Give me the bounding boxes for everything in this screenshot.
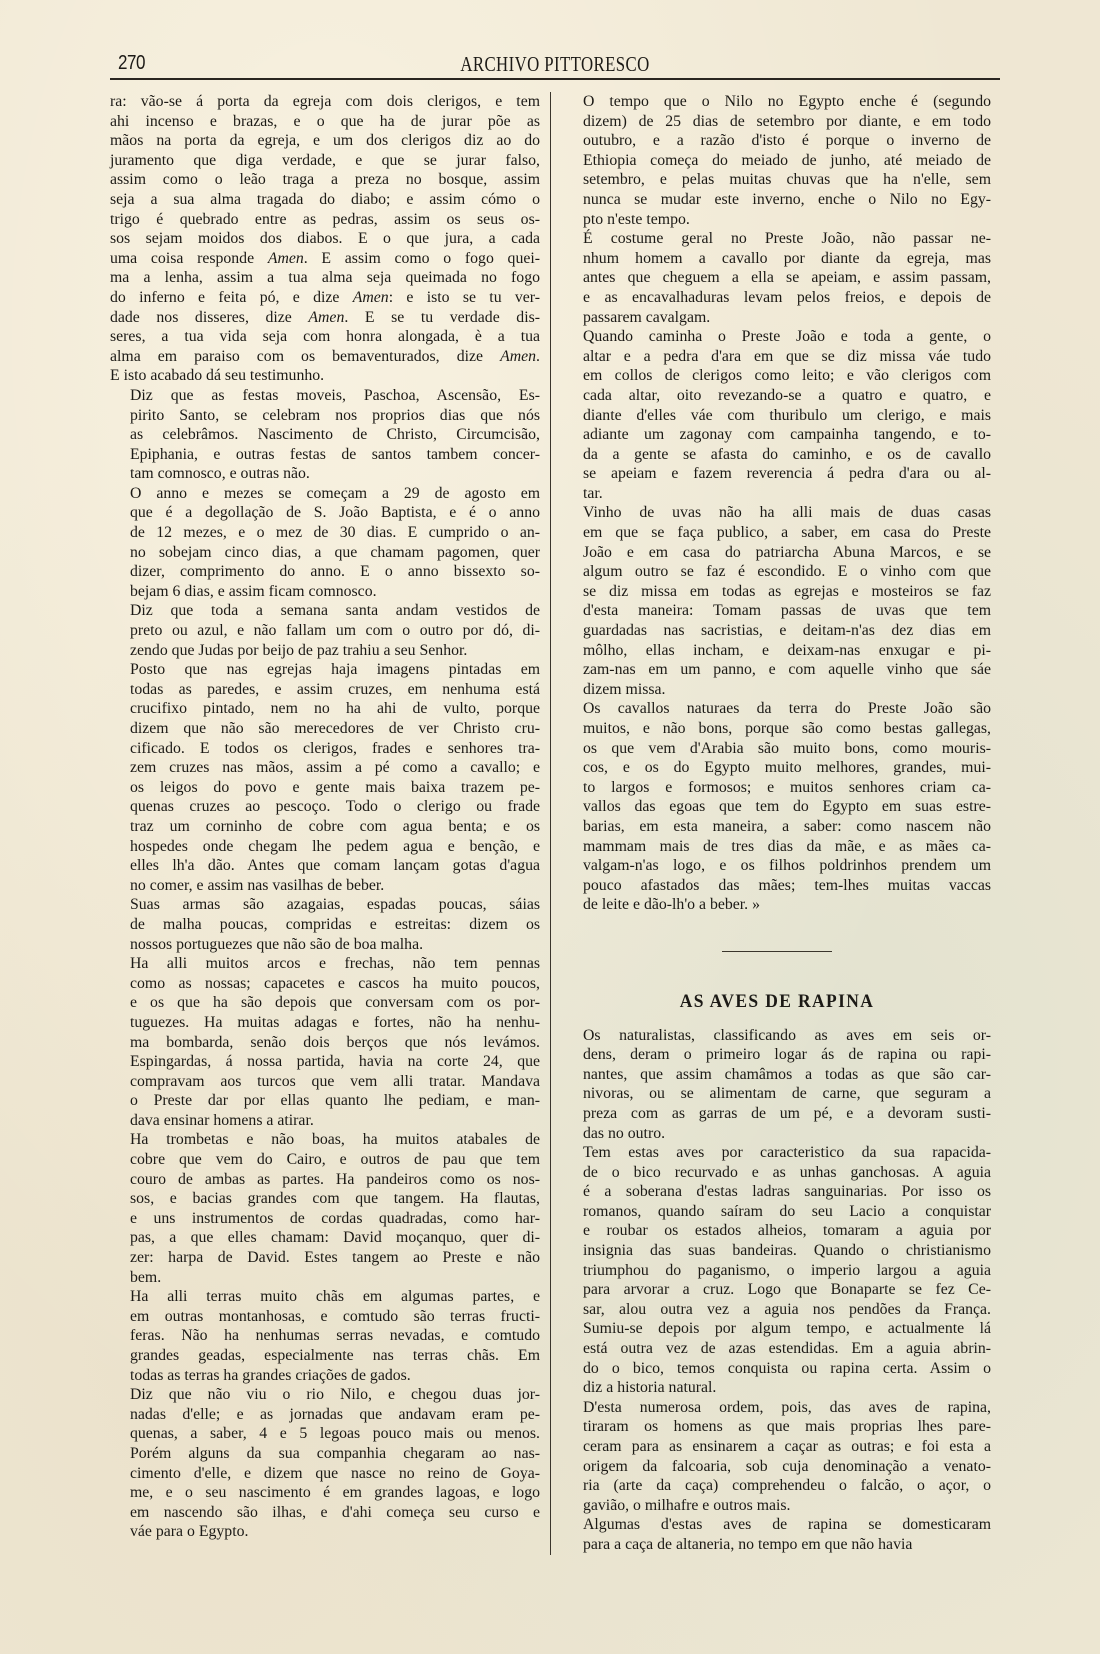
text-line: Ha alli terras muito chãs em algumas par… (110, 1287, 540, 1307)
text-line: nunca se mudar este inverno, enche o Nil… (563, 190, 991, 210)
text-line: feras. Não ha nenhumas serras nevadas, e… (110, 1326, 540, 1346)
text-line: diante d'elles váe com thuribulo um cler… (563, 406, 991, 426)
paragraph: Diz que as festas moveis, Paschoa, Ascen… (110, 386, 540, 484)
text-line: insignia das suas bandeiras. Quando o ch… (563, 1241, 991, 1261)
text-line: Ethiopia começa do meiado de junho, até … (563, 151, 991, 171)
text-line: triumphou do paganismo, o imperio largou… (563, 1261, 991, 1281)
text-line: cos, e os do Egypto muito melhores, gran… (563, 758, 991, 778)
text-line: mammam mais de tres dias da mãe, e as mã… (563, 837, 991, 857)
text-line: é a soberana d'estas ladras sanguinarias… (563, 1182, 991, 1202)
text-line: Diz que toda a semana santa andam vestid… (110, 601, 540, 621)
text-line: outubro, e a razão d'isto é porque o inv… (563, 131, 991, 151)
text-line: d'esta maneira: Tomam passas de uvas que… (563, 601, 991, 621)
paragraph: Ha alli muitos arcos e frechas, não tem … (110, 954, 540, 1130)
text-line: guardadas nas sacristias, e deitam-n'as … (563, 621, 991, 641)
text-line: Os naturalistas, classificando as aves e… (563, 1026, 991, 1046)
text-line: ra: vão-se á porta da egreja com dois cl… (110, 92, 540, 112)
text-line: Vinho de uvas não ha alli mais de duas c… (563, 503, 991, 523)
paragraph: Diz que toda a semana santa andam vestid… (110, 601, 540, 660)
text-line: Quando caminha o Preste João e toda a ge… (563, 327, 991, 347)
text-line: do o bico, temos conquista ou rapina cer… (563, 1359, 991, 1379)
text-line: tuguezes. Ha muitas adagas e fortes, não… (110, 1013, 540, 1033)
text-line: as celebrâmos. Nascimento de Christo, Ci… (110, 425, 540, 445)
text-line: pas, a que elles chamam: David moçanquo,… (110, 1228, 540, 1248)
text-line: antes que cheguem a ella se apeiam, e as… (563, 268, 991, 288)
text-line: pto n'este tempo. (563, 210, 991, 230)
text-line: zer: harpa de David. Estes tangem ao Pre… (110, 1248, 540, 1268)
text-line: passarem cavalgam. (563, 308, 991, 328)
text-line: grandes geadas, especialmente nas terras… (110, 1346, 540, 1366)
text-line: alma em paraiso com os bemaventurados, d… (110, 347, 540, 367)
text-line: couro de ambas as partes. Ha pandeiros c… (110, 1170, 540, 1190)
text-line: sos sejam moidos dos diabos. E o que jur… (110, 229, 540, 249)
text-line: de malha poucas, compridas e estreitas: … (110, 915, 540, 935)
text-line: preto ou azul, e não fallam um com o out… (110, 621, 540, 641)
text-line: nhum homem a cavallo por diante da egrej… (563, 249, 991, 269)
text-line: das no outro. (563, 1124, 991, 1144)
text-line: váe para o Egypto. (110, 1522, 540, 1542)
text-line: dizem que não são merecedores de ver Chr… (110, 719, 540, 739)
text-line: Porém alguns da sua companhia chegaram a… (110, 1444, 540, 1464)
text-line: e uns instrumentos de cordas quadradas, … (110, 1209, 540, 1229)
text-line: dizer, comprimento do anno. E o anno bis… (110, 562, 540, 582)
text-line: e as encavalhaduras levam pelos freios, … (563, 288, 991, 308)
text-line: em que se faça publico, a saber, em casa… (563, 523, 991, 543)
text-line: e roubar os estados alheios, tomaram a a… (563, 1221, 991, 1241)
text-line: cimento d'elle, e dizem que nasce no rei… (110, 1464, 540, 1484)
text-line: ma a lenha, assim a tua alma seja queima… (110, 268, 540, 288)
text-line: uma coisa responde Amen. E assim como o … (110, 249, 540, 269)
text-line: elles lh'a dão. Antes que comam lançam g… (110, 856, 540, 876)
paragraph: Quando caminha o Preste João e toda a ge… (563, 327, 991, 503)
text-line: em outras montanhosas, e comtudo são ter… (110, 1307, 540, 1327)
text-line: quenas cruzes ao pescoço. Todo o clerigo… (110, 797, 540, 817)
text-line: nadas d'elle; e as jornadas que andavam … (110, 1405, 540, 1425)
text-line: nantes, que assim chamâmos a todas as qu… (563, 1065, 991, 1085)
paragraph: Suas armas são azagaias, espadas poucas,… (110, 895, 540, 954)
paragraph: Os naturalistas, classificando as aves e… (563, 1026, 991, 1144)
text-line: bem. (110, 1268, 540, 1288)
text-line: Epiphania, e outras festas de santos tam… (110, 445, 540, 465)
text-line: tam comnosco, e outras não. (110, 464, 540, 484)
text-line: muitos, e não bons, porque são como best… (563, 719, 991, 739)
text-line: cificado. E todos os clerigos, frades e … (110, 739, 540, 759)
right-column-new-article: Os naturalistas, classificando as aves e… (563, 1026, 991, 1555)
text-line: do inferno e feita pó, e dize Amen: e is… (110, 288, 540, 308)
page-number: 270 (118, 52, 145, 75)
text-line: ma bombarda, senão dois berços que nós l… (110, 1033, 540, 1053)
text-line: adiante um zagonay com campainha tangend… (563, 425, 991, 445)
text-line: vallos das egoas que tem do Egypto em su… (563, 797, 991, 817)
text-line: o Preste dar por ellas quanto lhe pediam… (110, 1091, 540, 1111)
text-line: gavião, o milhafre e outros mais. (563, 1496, 991, 1516)
text-line: crucifixo pintado, nem no ha ahi de vult… (110, 699, 540, 719)
text-line: quenas, a saber, 4 e 5 legoas pouco mais… (110, 1424, 540, 1444)
paragraph: É costume geral no Preste João, não pass… (563, 229, 991, 327)
paragraph: O anno e mezes se começam a 29 de agosto… (110, 484, 540, 602)
paragraph: Os cavallos naturaes da terra do Preste … (563, 699, 991, 915)
text-line: sar, alou outra vez a aguia nos pendões … (563, 1300, 991, 1320)
text-line: seres, a tua vida seja com honra alongad… (110, 327, 540, 347)
text-line: para a caça de altaneria, no tempo em qu… (563, 1535, 991, 1555)
text-line: É costume geral no Preste João, não pass… (563, 229, 991, 249)
paragraph: Tem estas aves por caracteristico da sua… (563, 1143, 991, 1398)
text-line: me, e o seu nascimento é em grandes lago… (110, 1483, 540, 1503)
text-line: como as nossas; capacetes e cascos ha mu… (110, 974, 540, 994)
text-line: os que vem d'Arabia são muito bons, como… (563, 739, 991, 759)
text-line: os leigos do povo e gente mais baixa tra… (110, 778, 540, 798)
text-line: altar e a pedra d'ara em que se diz miss… (563, 347, 991, 367)
page-header: 270 ARCHIVO PITTORESCO (110, 50, 1000, 80)
text-line: dens, deram o primeiro logar ás de rapin… (563, 1045, 991, 1065)
text-line: preza com as garras de um pé, e a devora… (563, 1104, 991, 1124)
text-line: de leite e dão-lh'o a beber. » (563, 895, 991, 915)
text-line: tar. (563, 484, 991, 504)
paragraph: Vinho de uvas não ha alli mais de duas c… (563, 503, 991, 699)
text-line: seja a sua alma tragada do diabo; e assi… (110, 190, 540, 210)
right-column: O tempo que o Nilo no Egypto enche é (se… (550, 92, 991, 1555)
text-line: Sumiu-se depois por algum tempo, e actua… (563, 1319, 991, 1339)
text-line: pouco afastados das mães; tem-lhes muita… (563, 876, 991, 896)
text-line: João e em casa do patriarcha Abuna Marco… (563, 543, 991, 563)
section-divider (722, 951, 832, 952)
magazine-page: 270 ARCHIVO PITTORESCO ra: vão-se á port… (110, 50, 1000, 1555)
text-line: Espingardas, á nossa partida, havia na c… (110, 1052, 540, 1072)
text-line: nossos portuguezes que não são de boa ma… (110, 935, 540, 955)
text-line: e os que ha são depois que conversam com… (110, 993, 540, 1013)
text-line: O tempo que o Nilo no Egypto enche é (se… (563, 92, 991, 112)
paragraph: Ha alli terras muito chãs em algumas par… (110, 1287, 540, 1385)
text-line: em nascendo são ilhas, e d'ahi começa se… (110, 1503, 540, 1523)
text-line: barias, em esta maneira, a saber: como n… (563, 817, 991, 837)
text-line: traz um corninho de cobre com agua benta… (110, 817, 540, 837)
text-line: dava ensinar homens a atirar. (110, 1111, 540, 1131)
text-line: to largos e formosos; e muitos senhores … (563, 778, 991, 798)
text-line: diz a historia natural. (563, 1378, 991, 1398)
text-line: ria (arte da caça) comprehendeu o falcão… (563, 1476, 991, 1496)
text-line: de o bico recurvado e as unhas ganchosas… (563, 1163, 991, 1183)
paragraph: D'esta numerosa ordem, pois, das aves de… (563, 1398, 991, 1516)
text-line: D'esta numerosa ordem, pois, das aves de… (563, 1398, 991, 1418)
text-line: mãos na porta da egreja, e um dos clerig… (110, 131, 540, 151)
text-line: ceram para as ensinarem a caçar as outra… (563, 1437, 991, 1457)
two-column-body: ra: vão-se á porta da egreja com dois cl… (110, 92, 1000, 1555)
text-line: Os cavallos naturaes da terra do Preste … (563, 699, 991, 719)
right-column-article-continuation: O tempo que o Nilo no Egypto enche é (se… (563, 92, 991, 915)
text-line: zendo que Judas por beijo de paz trahiu … (110, 641, 540, 661)
text-line: Suas armas são azagaias, espadas poucas,… (110, 895, 540, 915)
journal-title: ARCHIVO PITTORESCO (199, 52, 911, 77)
text-line: que é a degollação de S. João Baptista, … (110, 503, 540, 523)
text-line: todas as paredes, e assim cruzes, em nen… (110, 680, 540, 700)
text-line: ahi incenso e brazas, e o que ha de jura… (110, 112, 540, 132)
text-line: setembro, e pelas muitas chuvas que ha n… (563, 170, 991, 190)
text-line: dizem missa. (563, 680, 991, 700)
text-line: zem cruzes nas mãos, assim a pé como a c… (110, 758, 540, 778)
text-line: se apeiam e fazem reverencia á pedra d'a… (563, 464, 991, 484)
text-line: bejam 6 dias, e assim ficam comnosco. (110, 582, 540, 602)
text-line: O anno e mezes se começam a 29 de agosto… (110, 484, 540, 504)
text-line: hospedes onde chegam lhe pedem agua e be… (110, 837, 540, 857)
text-line: E isto acabado dá seu testimunho. (110, 366, 540, 386)
text-line: Posto que nas egrejas haja imagens pinta… (110, 660, 540, 680)
text-line: Diz que não viu o rio Nilo, e chegou dua… (110, 1385, 540, 1405)
paragraph: Ha trombetas e não boas, ha muitos ataba… (110, 1130, 540, 1287)
text-line: compravam aos turcos que vem alli tratar… (110, 1072, 540, 1092)
text-line: valgam-n'as logo, e os filhos poldrinhos… (563, 856, 991, 876)
text-line: nivoras, ou se alimentam de carne, que s… (563, 1084, 991, 1104)
paragraph: Diz que não viu o rio Nilo, e chegou dua… (110, 1385, 540, 1542)
paragraph: ra: vão-se á porta da egreja com dois cl… (110, 92, 540, 386)
text-line: algum outro se faz é escondido. E o vinh… (563, 562, 991, 582)
text-line: môlho, ellas incham, e deixam-nas enxuga… (563, 641, 991, 661)
text-line: origem da falcoaria, sob cuja denominaçã… (563, 1457, 991, 1477)
text-line: zam-nas em um panno, e com aquelle vinho… (563, 660, 991, 680)
text-line: dizem) de 25 dias de setembro por diante… (563, 112, 991, 132)
text-line: se diz missa em todas as egrejas e moste… (563, 582, 991, 602)
text-line: de 12 mezes, e o mez de 30 dias. E cumpr… (110, 523, 540, 543)
text-line: Diz que as festas moveis, Paschoa, Ascen… (110, 386, 540, 406)
text-line: Algumas d'estas aves de rapina se domest… (563, 1515, 991, 1535)
text-line: pirito Santo, se celebram nos proprios d… (110, 406, 540, 426)
paragraph: O tempo que o Nilo no Egypto enche é (se… (563, 92, 991, 229)
text-line: para arvorar a cruz. Logo que Bonaparte … (563, 1280, 991, 1300)
text-line: está outra vez de azas estendidas. Em a … (563, 1339, 991, 1359)
text-line: Tem estas aves por caracteristico da sua… (563, 1143, 991, 1163)
text-line: trigo é quebrado entre as pedras, assim … (110, 210, 540, 230)
text-line: tiraram os homens as que mais proprias l… (563, 1417, 991, 1437)
left-column: ra: vão-se á porta da egreja com dois cl… (110, 92, 550, 1555)
text-line: da a gente se afasta do caminho, e os de… (563, 445, 991, 465)
text-line: Ha trombetas e não boas, ha muitos ataba… (110, 1130, 540, 1150)
text-line: dade nos disseres, dize Amen. E se tu ve… (110, 308, 540, 328)
text-line: cobre que vem do Cairo, e outros de pau … (110, 1150, 540, 1170)
text-line: no sobejam cinco dias, a que chamam pago… (110, 543, 540, 563)
text-line: Ha alli muitos arcos e frechas, não tem … (110, 954, 540, 974)
text-line: todas as terras ha grandes criações de g… (110, 1366, 540, 1386)
text-line: juramento que diga verdade, e que se jur… (110, 151, 540, 171)
text-line: em collos de clerigos como leito; e vão … (563, 366, 991, 386)
text-line: no comer, e assim nas vasilhas de beber. (110, 876, 540, 896)
paragraph: Algumas d'estas aves de rapina se domest… (563, 1515, 991, 1554)
text-line: cada altar, oito revezando-se a quatro e… (563, 386, 991, 406)
text-line: sos, e bacias grandes com que tangem. Ha… (110, 1189, 540, 1209)
section-title: AS AVES DE RAPINA (580, 992, 974, 1012)
text-line: romanos, quando saíram do seu Lacio a co… (563, 1202, 991, 1222)
text-line: assim como o leão traga a preza no bosqu… (110, 170, 540, 190)
paragraph: Posto que nas egrejas haja imagens pinta… (110, 660, 540, 895)
